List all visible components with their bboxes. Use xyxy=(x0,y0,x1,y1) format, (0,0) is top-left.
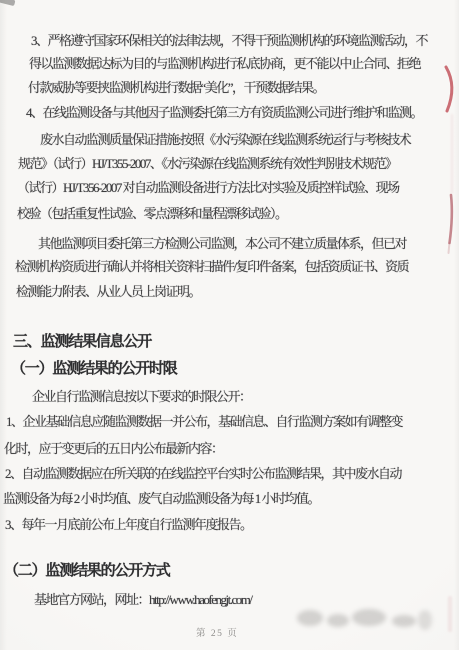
paragraph-line: 2、自动监测数据应在所关联的在线监控平台实时公布监测结果，其中废水自动 xyxy=(5,466,401,482)
paragraph-line: 付款威胁等要挟监测机构进行数据“美化”，干预数据结果。 xyxy=(28,80,324,96)
paragraph-line: 1、企业基础信息应随监测数据一并公布，基础信息、自行监测方案如有调整变 xyxy=(6,414,402,430)
scan-bleedthrough-smudge xyxy=(297,610,323,626)
scan-bleedthrough-smudge xyxy=(418,610,432,630)
section-heading: 三、监测结果信息公开 xyxy=(13,334,151,350)
paragraph-line: 废水自动监测质量保证措施:按照《水污染源在线监测系统运行与考核技术 xyxy=(40,132,410,148)
scan-bleedthrough-smudge xyxy=(352,609,386,626)
paragraph-line: 检测能力附表、从业人员上岗证明。 xyxy=(16,284,200,300)
paragraph-line: 校验（包括重复性试验、零点漂移和量程漂移试验）。 xyxy=(17,206,287,222)
paragraph-line: 规范》（试行）HJ/T355-2007、《水污染源在线监测系统有效性判别技术规范… xyxy=(18,156,396,172)
paragraph-line: 化时，应于变更后的五日内公布最新内容： xyxy=(4,441,223,457)
page-number: 第 25 页 xyxy=(196,625,238,639)
scanned-document-page: 3、严格遵守国家环保相关的法律法规，不得干预监测机构的环境监测活动，不 得以监测… xyxy=(0,0,459,650)
red-pen-faint-trace xyxy=(451,114,453,194)
paragraph-line: （试行）HJ/T356-2007 对自动监测设备进行方法比对实验及质控样试验、现… xyxy=(17,180,399,196)
red-pen-mark-upper xyxy=(443,63,459,117)
website-line: 基地官方网站，网址：http://www.haofengjt.com/ xyxy=(34,592,251,608)
subsection-heading: （二）监测结果的公开方式 xyxy=(4,563,170,579)
paragraph-line: 得以监测数据达标为目的与监测机构进行私底协商，更不能以中止合同、拒绝 xyxy=(29,56,420,72)
scan-pink-streak xyxy=(448,596,452,632)
paragraph-line: 4、在线监测设备与其他因子监测委托第三方有资质监测公司进行维护和监测。 xyxy=(26,105,422,121)
paragraph-line: 企业自行监测信息按以下要求的时限公开： xyxy=(32,389,251,405)
paragraph-line: 检测机构资质进行确认并将相关资料扫描件/复印件备案，包括资质证书、资质 xyxy=(15,259,408,275)
paragraph-line: 其他监测项目委托第三方检测公司监测，本公司不建立质量体系，但已对 xyxy=(38,236,406,252)
subsection-heading: （一）监测结果的公开时限 xyxy=(11,361,177,377)
red-pen-mark-lower xyxy=(446,193,458,255)
paragraph-line: 3、每年一月底前公布上年度自行监测年度报告。 xyxy=(5,517,252,533)
paragraph-line: 3、严格遵守国家环保相关的法律法规，不得干预监测机构的环境监测活动，不 xyxy=(31,33,427,49)
scan-bleedthrough-smudge xyxy=(327,614,349,627)
paragraph-line: 监测设备为每 2 小时均值、废气自动监测设备为每 1 小时均值。 xyxy=(3,491,319,507)
scan-corner-artifact xyxy=(0,0,15,6)
scan-bleedthrough-smudge xyxy=(392,615,416,627)
